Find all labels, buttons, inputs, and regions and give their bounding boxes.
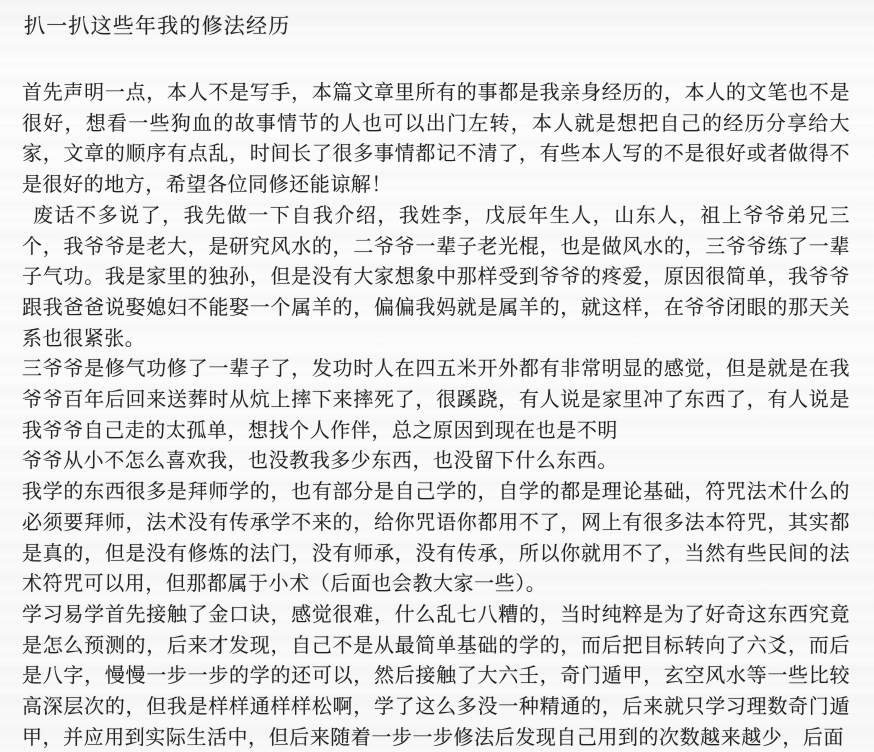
paragraph-learning-from-masters: 我学的东西很多是拜师学的，也有部分是自己学的，自学的都是理论基础，符咒法术什么的… (22, 477, 850, 600)
paragraph-grandpa-relationship: 爷爷从小不怎么喜欢我，也没教我多少东西，也没留下什么东西。 (22, 446, 850, 477)
paragraph-yixue-study-journey: 学习易学首先接触了金口诀，感觉很难，什么乱七八糟的，当时纯粹是为了好奇这东西究竟… (22, 600, 850, 752)
document-page: 扒一扒这些年我的修法经历 首先声明一点，本人不是写手，本篇文章里所有的事都是我亲… (0, 0, 874, 752)
document-title: 扒一扒这些年我的修法经历 (24, 14, 850, 39)
paragraph-self-introduction: 废话不多说了，我先做一下自我介绍，我姓李，戊辰年生人，山东人，祖上爷爷弟兄三个，… (22, 201, 850, 355)
document-body: 首先声明一点，本人不是写手，本篇文章里所有的事都是我亲身经历的，本人的文笔也不是… (22, 78, 850, 752)
paragraph-intro-disclaimer: 首先声明一点，本人不是写手，本篇文章里所有的事都是我亲身经历的，本人的文笔也不是… (22, 78, 850, 201)
paragraph-third-grandpa-qigong: 三爷爷是修气功修了一辈子了，发功时人在四五米开外都有非常明显的感觉，但是就是在我… (22, 354, 850, 446)
